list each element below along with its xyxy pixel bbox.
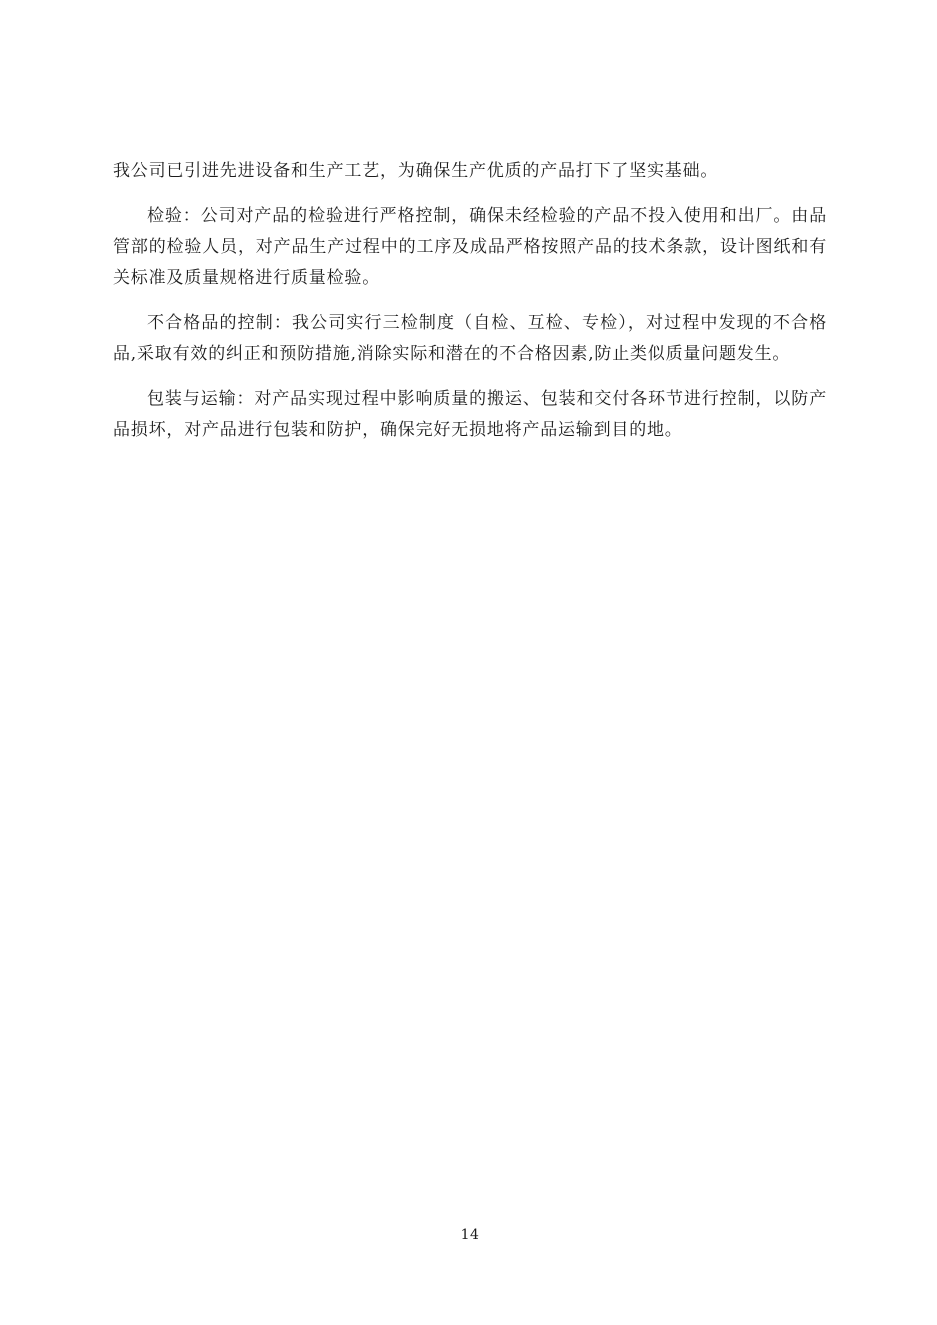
page-footer: 14 xyxy=(113,1224,827,1244)
paragraph-packaging-transport: 包装与运输：对产品实现过程中影响质量的搬运、包装和交付各环节进行控制，以防产品损… xyxy=(113,384,827,446)
document-page: 我公司已引进先进设备和生产工艺，为确保生产优质的产品打下了坚实基础。 检验：公司… xyxy=(0,0,937,1325)
paragraph-inspection: 检验：公司对产品的检验进行严格控制，确保未经检验的产品不投入使用和出厂。由品管部… xyxy=(113,201,827,294)
page-number: 14 xyxy=(461,1227,480,1243)
paragraph-continuation: 我公司已引进先进设备和生产工艺，为确保生产优质的产品打下了坚实基础。 xyxy=(113,156,827,187)
paragraph-nonconforming-control: 不合格品的控制：我公司实行三检制度（自检、互检、专检），对过程中发现的不合格品,… xyxy=(113,308,827,370)
document-body: 我公司已引进先进设备和生产工艺，为确保生产优质的产品打下了坚实基础。 检验：公司… xyxy=(113,156,827,460)
